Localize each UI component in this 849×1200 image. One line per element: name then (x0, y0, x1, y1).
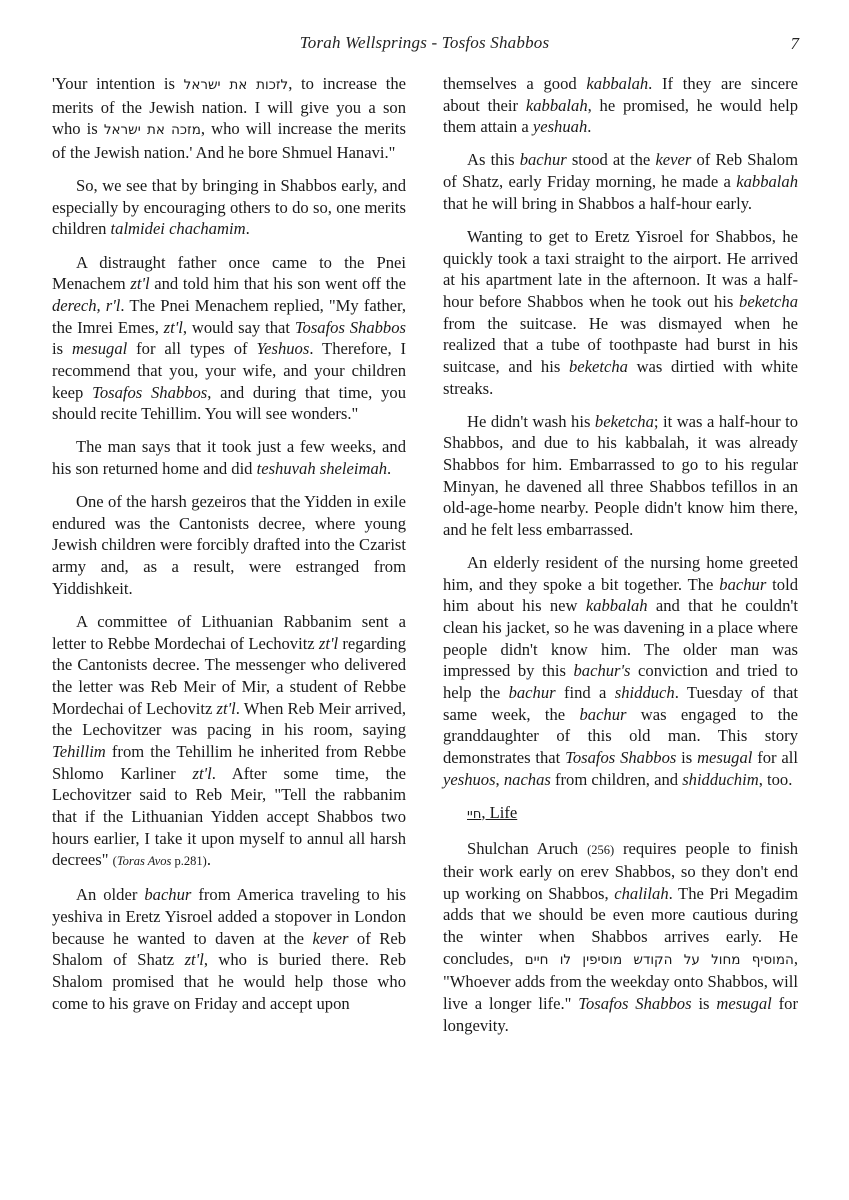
paragraph: An elderly resident of the nursing home … (443, 552, 798, 790)
left-column: 'Your intention is לזכות את ישראל, to in… (52, 73, 406, 1026)
citation: (Toras Avos p.281) (113, 854, 207, 868)
right-column: themselves a good kabbalah. If they are … (443, 73, 798, 1048)
paragraph: As this bachur stood at the kever of Reb… (443, 149, 798, 214)
paragraph: He didn't wash his beketcha; it was a ha… (443, 411, 798, 541)
hebrew-phrase: המוסיף מחול על הקודש מוסיפין לו חיים (525, 952, 794, 968)
hebrew-phrase: לזכות את ישראל (184, 77, 289, 93)
paragraph: Wanting to get to Eretz Yisroel for Shab… (443, 226, 798, 399)
page-number: 7 (791, 34, 800, 54)
paragraph: A distraught father once came to the Pne… (52, 252, 406, 425)
hebrew-phrase: מזכה את ישראל (104, 122, 201, 138)
hebrew-heading: חיי (467, 807, 481, 822)
paragraph: An older bachur from America traveling t… (52, 884, 406, 1014)
paragraph: So, we see that by bringing in Shabbos e… (52, 175, 406, 240)
running-header: Torah Wellsprings - Tosfos Shabbos 7 (0, 33, 849, 57)
book-title: Torah Wellsprings - Tosfos Shabbos (0, 33, 849, 53)
paragraph: 'Your intention is לזכות את ישראל, to in… (52, 73, 406, 164)
citation: (256) (587, 843, 614, 857)
paragraph: A committee of Lithuanian Rabbanim sent … (52, 611, 406, 873)
paragraph: One of the harsh gezeiros that the Yidde… (52, 491, 406, 599)
paragraph: The man says that it took just a few wee… (52, 436, 406, 479)
paragraph: Shulchan Aruch (256) requires people to … (443, 838, 798, 1037)
paragraph: themselves a good kabbalah. If they are … (443, 73, 798, 138)
section-heading: חיי, Life (467, 802, 798, 826)
